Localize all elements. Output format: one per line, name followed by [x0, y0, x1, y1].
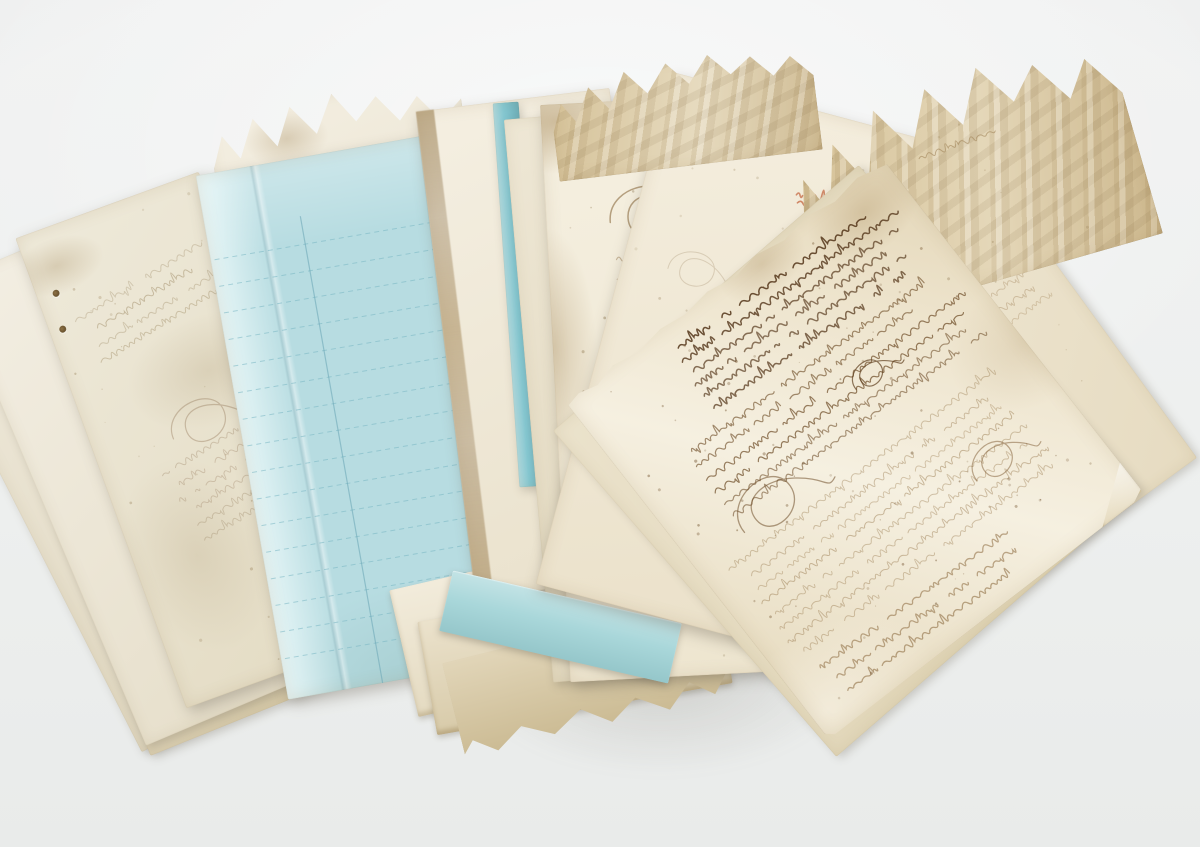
filing-hole	[52, 289, 61, 298]
photograph-of-manuscript-pile	[0, 0, 1200, 847]
filing-hole	[58, 325, 67, 334]
